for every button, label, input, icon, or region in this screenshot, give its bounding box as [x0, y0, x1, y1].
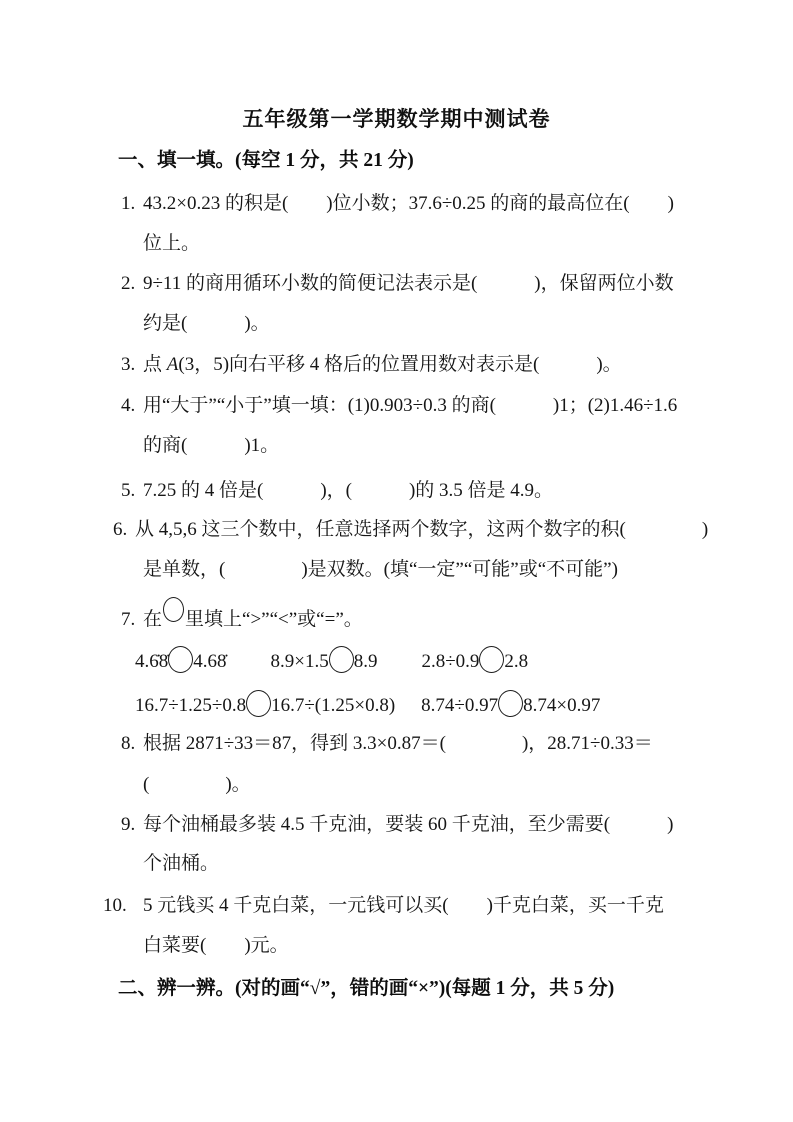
question-2-text-cont: 约是( )。: [143, 313, 270, 334]
answer-circle: [163, 597, 184, 622]
question-6-text-cont: 是单数，( )是双数。(填“一定”“可能”或“不可能”): [143, 559, 618, 580]
question-10-line-1: 10.5 元钱买 4 千克白菜，一元钱可以买( )千克白菜，买一千克: [103, 892, 664, 919]
question-1-text-cont: 位上。: [143, 233, 200, 254]
answer-circle: [329, 646, 354, 673]
comparison-left: 16.7÷1.25÷0.8: [135, 695, 246, 716]
comparison-right: 8.9: [354, 651, 378, 672]
question-4-line-1: 4.用“大于”“小于”填一填：(1)0.903÷0.3 的商( )1；(2)1.…: [121, 392, 677, 419]
question-6-line-2: 是单数，( )是双数。(填“一定”“可能”或“不可能”): [143, 556, 618, 583]
question-2-number: 2.: [121, 270, 143, 297]
question-2-line-1: 2.9÷11 的商用循环小数的简便记法表示是( )，保留两位小数: [121, 270, 674, 297]
question-9-line-2: 个油桶。: [143, 850, 219, 877]
question-8-line-1: 8.根据 2871÷33＝87，得到 3.3×0.87＝( )，28.71÷0.…: [121, 730, 653, 757]
question-3-text-post: (3，5)向右平移 4 格后的位置用数对表示是( )。: [178, 354, 621, 375]
answer-circle: [498, 690, 523, 717]
comparison-item: 4.6̇8̇4.68̇: [135, 646, 227, 675]
question-3-line-1: 3.点 A(3，5)向右平移 4 格后的位置用数对表示是( )。: [121, 351, 622, 378]
question-1-line-2: 位上。: [143, 230, 200, 257]
comparison-left: 2.8÷0.9: [421, 651, 479, 672]
question-5-text: 7.25 的 4 倍是( )，( )的 3.5 倍是 4.9。: [143, 480, 553, 501]
question-7-header: 7.在里填上“>”“<”或“=”。: [121, 597, 363, 624]
test-paper-page: 五年级第一学期数学期中测试卷 一、填一填。(每空 1 分，共 21 分) 1.4…: [0, 0, 793, 1122]
question-4-line-2: 的商( )1。: [143, 432, 279, 459]
question-9-text-cont: 个油桶。: [143, 853, 219, 874]
question-9-number: 9.: [121, 811, 143, 838]
question-5-number: 5.: [121, 477, 143, 504]
comparison-item: 8.9×1.58.9: [271, 646, 378, 675]
section-2-heading: 二、辨一辨。(对的画“√”，错的画“×”)(每题 1 分，共 5 分): [118, 975, 614, 1002]
question-7-row-1: 4.6̇8̇4.68̇ 8.9×1.58.9 2.8÷0.92.8: [135, 646, 528, 673]
question-9-line-1: 9.每个油桶最多装 4.5 千克油，要装 60 千克油，至少需要( ): [121, 811, 673, 838]
comparison-item: 16.7÷1.25÷0.816.7÷(1.25×0.8): [135, 690, 395, 719]
comparison-left: 4.6̇8̇: [135, 651, 168, 672]
question-10-text-cont: 白菜要( )元。: [143, 935, 289, 956]
question-1-line-1: 1.43.2×0.23 的积是( )位小数；37.6÷0.25 的商的最高位在(…: [121, 190, 674, 217]
question-6-line-1: 6.从 4,5,6 这三个数中，任意选择两个数字，这两个数字的积( ): [113, 516, 708, 543]
question-4-number: 4.: [121, 392, 143, 419]
question-3-number: 3.: [121, 351, 143, 378]
comparison-right: 2.8: [504, 651, 528, 672]
comparison-item: 8.74÷0.978.74×0.97: [421, 690, 600, 719]
page-title: 五年级第一学期数学期中测试卷: [0, 103, 793, 133]
question-8-text-cont: ( )。: [143, 774, 251, 795]
point-variable-a: A: [167, 354, 179, 375]
question-8-text: 根据 2871÷33＝87，得到 3.3×0.87＝( )，28.71÷0.33…: [143, 733, 653, 754]
question-7-text-post: 里填上“>”“<”或“=”。: [185, 609, 363, 630]
question-2-line-2: 约是( )。: [143, 310, 270, 337]
question-5-line-1: 5.7.25 的 4 倍是( )，( )的 3.5 倍是 4.9。: [121, 477, 553, 504]
question-4-text: 用“大于”“小于”填一填：(1)0.903÷0.3 的商( )1；(2)1.46…: [143, 395, 677, 416]
comparison-item: 2.8÷0.92.8: [421, 646, 528, 675]
question-10-number: 10.: [103, 892, 143, 919]
question-9-text: 每个油桶最多装 4.5 千克油，要装 60 千克油，至少需要( ): [143, 814, 673, 835]
comparison-left: 8.9×1.5: [271, 651, 329, 672]
question-7-row-2: 16.7÷1.25÷0.816.7÷(1.25×0.8) 8.74÷0.978.…: [135, 690, 600, 717]
question-6-text: 从 4,5,6 这三个数中，任意选择两个数字，这两个数字的积( ): [135, 519, 708, 540]
question-8-line-2: ( )。: [143, 771, 251, 798]
question-8-number: 8.: [121, 730, 143, 757]
answer-circle: [246, 690, 271, 717]
question-1-text: 43.2×0.23 的积是( )位小数；37.6÷0.25 的商的最高位在( ): [143, 193, 674, 214]
comparison-left: 8.74÷0.97: [421, 695, 498, 716]
question-10-line-2: 白菜要( )元。: [143, 932, 289, 959]
question-10-text: 5 元钱买 4 千克白菜，一元钱可以买( )千克白菜，买一千克: [143, 895, 664, 916]
question-1-number: 1.: [121, 190, 143, 217]
comparison-right: 16.7÷(1.25×0.8): [271, 695, 395, 716]
section-1-heading: 一、填一填。(每空 1 分，共 21 分): [118, 147, 414, 174]
question-7-number: 7.: [121, 606, 143, 633]
comparison-right: 8.74×0.97: [523, 695, 600, 716]
question-3-text-pre: 点: [143, 354, 167, 375]
answer-circle: [168, 646, 193, 673]
comparison-right: 4.68̇: [193, 651, 226, 672]
answer-circle: [479, 646, 504, 673]
question-4-text-cont: 的商( )1。: [143, 435, 279, 456]
question-2-text: 9÷11 的商用循环小数的简便记法表示是( )，保留两位小数: [143, 273, 674, 294]
question-6-number: 6.: [113, 516, 135, 543]
question-7-text-pre: 在: [143, 609, 162, 630]
